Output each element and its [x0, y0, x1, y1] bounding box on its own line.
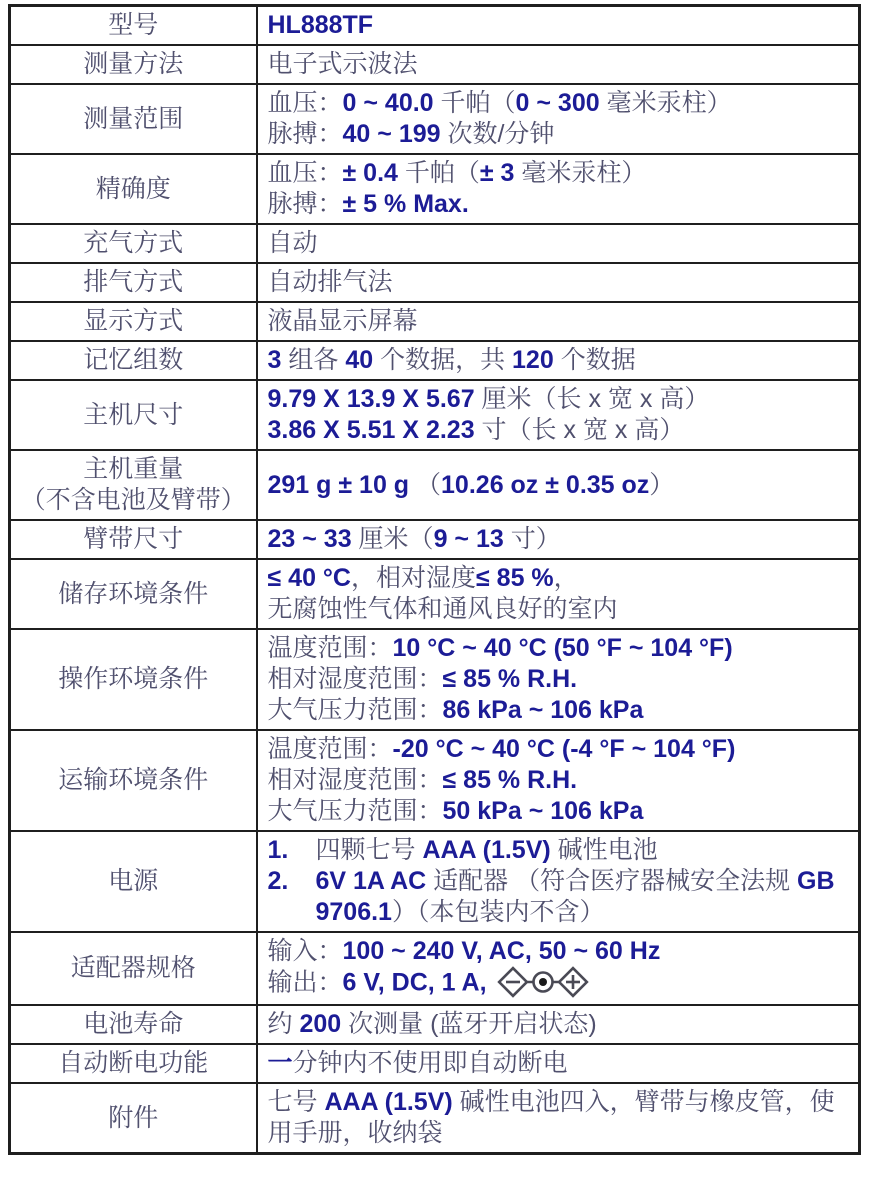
- spec-text-segment: 0 ~ 40.0: [343, 89, 434, 117]
- spec-label-cuff-size: 臂带尺寸: [10, 520, 257, 559]
- spec-text-segment: ，相对湿度: [351, 564, 476, 592]
- spec-label-text: 记忆组数: [83, 346, 183, 374]
- spec-text-segment: 千帕（: [398, 159, 480, 187]
- spec-value-line: 3.86 X 5.51 X 2.23 寸（长 x 宽 x 高）: [268, 415, 853, 446]
- spec-value-line: 输出：6 V, DC, 1 A,: [268, 967, 853, 1001]
- spec-text-segment: AAA (1.5V): [422, 836, 550, 864]
- spec-row-accuracy: 精确度血压：± 0.4 千帕（± 3 毫米汞柱）脉搏：± 5 % Max.: [10, 154, 860, 224]
- spec-row-unit-dimensions: 主机尺寸9.79 X 13.9 X 5.67 厘米（长 x 宽 x 高）3.86…: [10, 380, 860, 450]
- spec-label-text: 自动断电功能: [58, 1049, 208, 1077]
- spec-value-storage-environment: ≤ 40 °C，相对湿度≤ 85 %，无腐蚀性气体和通风良好的室内: [257, 559, 860, 629]
- spec-text-segment: 0 ~ 300: [516, 89, 600, 117]
- spec-value-line: 23 ~ 33 厘米（9 ~ 13 寸）: [268, 524, 853, 555]
- spec-value-line: 约 200 次测量 (蓝牙开启状态): [268, 1009, 853, 1040]
- spec-value-adapter-spec: 输入：100 ~ 240 V, AC, 50 ~ 60 Hz输出：6 V, DC…: [257, 932, 860, 1005]
- spec-row-transport-environment: 运输环境条件温度范围：-20 °C ~ 40 °C (-4 °F ~ 104 °…: [10, 730, 860, 831]
- spec-text-segment: 适配器 （符合医疗器械安全法规: [426, 867, 797, 895]
- list-item-marker: 1.: [268, 835, 316, 866]
- spec-sheet-page: { "colors":{ "chinese_text":"#50506e", "…: [0, 0, 869, 1200]
- spec-label-text: 电池寿命: [83, 1010, 183, 1038]
- spec-text-segment: ± 5 % Max.: [343, 190, 469, 218]
- spec-table-body: 型号HL888TF测量方法电子式示波法测量范围血压：0 ~ 40.0 千帕（0 …: [10, 6, 860, 1154]
- spec-text-segment: 200: [299, 1010, 341, 1038]
- spec-value-display: 液晶显示屏幕: [257, 302, 860, 341]
- spec-text-segment: 40: [345, 346, 373, 374]
- spec-label-unit-dimensions: 主机尺寸: [10, 380, 257, 450]
- spec-label-text: 主机尺寸: [83, 401, 183, 429]
- spec-label-accessories: 附件: [10, 1083, 257, 1154]
- spec-text-segment: 输入：: [268, 937, 343, 965]
- spec-text-segment: 10.26 oz ± 0.35 oz: [441, 471, 649, 499]
- spec-list-item: 1.四颗七号 AAA (1.5V) 碱性电池: [268, 835, 853, 866]
- spec-label-text: 电源: [108, 867, 158, 895]
- spec-text-segment: 个数据，共: [373, 346, 512, 374]
- spec-text-segment: 50 kPa ~ 106 kPa: [443, 797, 644, 825]
- spec-text-segment: 血压：: [268, 159, 343, 187]
- spec-label-memory: 记忆组数: [10, 341, 257, 380]
- spec-label-text: 适配器规格: [71, 954, 196, 982]
- spec-label-accuracy: 精确度: [10, 154, 257, 224]
- spec-value-cuff-size: 23 ~ 33 厘米（9 ~ 13 寸）: [257, 520, 860, 559]
- spec-value-measurement-range: 血压：0 ~ 40.0 千帕（0 ~ 300 毫米汞柱）脉搏：40 ~ 199 …: [257, 84, 860, 154]
- spec-text-segment: 组各: [281, 346, 345, 374]
- spec-text-segment: 无腐蚀性气体和通风良好的室内: [268, 595, 618, 623]
- spec-text-segment: 液晶显示屏幕: [268, 307, 418, 335]
- spec-row-inflation: 充气方式自动: [10, 224, 860, 263]
- spec-row-measurement-range: 测量范围血压：0 ~ 40.0 千帕（0 ~ 300 毫米汞柱）脉搏：40 ~ …: [10, 84, 860, 154]
- spec-list-item: 2.6V 1A AC 适配器 （符合医疗器械安全法规 GB 9706.1）（本包…: [268, 866, 853, 928]
- spec-label-text: 储存环境条件: [58, 580, 208, 608]
- spec-text-segment: ≤ 85 % R.H.: [443, 766, 578, 794]
- spec-text-segment: 86 kPa ~ 106 kPa: [443, 696, 644, 724]
- spec-label-storage-environment: 储存环境条件: [10, 559, 257, 629]
- spec-label-measurement-method: 测量方法: [10, 45, 257, 84]
- spec-text-segment: ± 0.4: [343, 159, 398, 187]
- spec-label-measurement-range: 测量范围: [10, 84, 257, 154]
- spec-text-segment: ≤ 85 % R.H.: [443, 665, 578, 693]
- spec-text-segment: （: [409, 471, 441, 499]
- spec-text-segment: 大气压力范围：: [268, 696, 443, 724]
- spec-value-line: 温度范围：10 °C ~ 40 °C (50 °F ~ 104 °F): [268, 633, 853, 664]
- spec-value-line: 大气压力范围：86 kPa ~ 106 kPa: [268, 695, 853, 726]
- spec-label-text: 主机重量: [83, 455, 183, 483]
- spec-text-segment: 输出：: [268, 969, 343, 997]
- spec-text-segment: 3.86 X 5.51 X 2.23: [268, 416, 475, 444]
- spec-value-accessories: 七号 AAA (1.5V) 碱性电池四入，臂带与橡皮管，使用手册，收纳袋: [257, 1083, 860, 1154]
- spec-value-line: 液晶显示屏幕: [268, 306, 853, 337]
- spec-text-segment: ≤ 85 %: [476, 564, 554, 592]
- spec-value-line: 自动: [268, 228, 853, 259]
- spec-value-line: 脉搏：± 5 % Max.: [268, 189, 853, 220]
- spec-label-text: 附件: [108, 1104, 158, 1132]
- spec-value-line: 脉搏：40 ~ 199 次数/分钟: [268, 119, 853, 150]
- spec-text-segment: 291 g ± 10 g: [268, 471, 410, 499]
- spec-label-operating-environment: 操作环境条件: [10, 629, 257, 730]
- spec-label-display: 显示方式: [10, 302, 257, 341]
- spec-label-text: （不含电池及臂带）: [21, 486, 246, 514]
- spec-text-segment: 6 V, DC, 1 A,: [343, 969, 487, 997]
- spec-text-segment: 23 ~ 33: [268, 525, 352, 553]
- spec-value-line: 一分钟内不使用即自动断电: [268, 1048, 853, 1079]
- spec-text-segment: 10 °C ~ 40 °C (50 °F ~ 104 °F): [393, 634, 733, 662]
- spec-value-line: 自动排气法: [268, 267, 853, 298]
- spec-value-line: 电子式示波法: [268, 49, 853, 80]
- spec-text-segment: 温度范围：: [268, 634, 393, 662]
- spec-text-segment: 七号: [268, 1088, 325, 1116]
- spec-label-text: 运输环境条件: [58, 766, 208, 794]
- spec-label-text: 精确度: [96, 175, 171, 203]
- spec-text-segment: 约: [268, 1010, 300, 1038]
- spec-text-segment: ≤ 40 °C: [268, 564, 351, 592]
- spec-text-segment: 电子式示波法: [268, 50, 418, 78]
- spec-text-segment: AAA (1.5V): [324, 1088, 452, 1116]
- spec-label-text: 操作环境条件: [58, 665, 208, 693]
- spec-text-segment: 厘米（长 x 宽 x 高）: [475, 385, 710, 413]
- spec-label-text: 型号: [108, 11, 158, 39]
- spec-text-segment: 毫米汞柱）: [514, 159, 646, 187]
- spec-text-segment: HL888TF: [268, 11, 374, 39]
- spec-text-segment: 毫米汞柱）: [600, 89, 732, 117]
- spec-text-segment: ，: [554, 564, 579, 592]
- spec-label-power-source: 电源: [10, 831, 257, 932]
- spec-row-auto-power-off: 自动断电功能一分钟内不使用即自动断电: [10, 1044, 860, 1083]
- dc-polarity-icon: [495, 965, 591, 999]
- spec-text-segment: 寸）: [504, 525, 561, 553]
- spec-value-power-source: 1.四颗七号 AAA (1.5V) 碱性电池2.6V 1A AC 适配器 （符合…: [257, 831, 860, 932]
- spec-text-segment: 40 ~ 199: [343, 120, 441, 148]
- spec-text-segment: 厘米（: [352, 525, 434, 553]
- spec-row-unit-weight: 主机重量（不含电池及臂带）291 g ± 10 g （10.26 oz ± 0.…: [10, 450, 860, 520]
- spec-text-segment: ）: [649, 471, 674, 499]
- spec-value-auto-power-off: 一分钟内不使用即自动断电: [257, 1044, 860, 1083]
- spec-table: 型号HL888TF测量方法电子式示波法测量范围血压：0 ~ 40.0 千帕（0 …: [8, 4, 861, 1155]
- spec-value-line: 温度范围：-20 °C ~ 40 °C (-4 °F ~ 104 °F): [268, 734, 853, 765]
- spec-text-segment: 相对湿度范围：: [268, 766, 443, 794]
- spec-text-segment: 9.79 X 13.9 X 5.67: [268, 385, 475, 413]
- list-item-content: 四颗七号 AAA (1.5V) 碱性电池: [316, 835, 853, 866]
- spec-value-line: 大气压力范围：50 kPa ~ 106 kPa: [268, 796, 853, 827]
- spec-value-line: 3 组各 40 个数据，共 120 个数据: [268, 345, 853, 376]
- spec-value-model: HL888TF: [257, 6, 860, 46]
- spec-label-text: 排气方式: [83, 268, 183, 296]
- spec-text-segment: 大气压力范围：: [268, 797, 443, 825]
- spec-value-line: 七号 AAA (1.5V) 碱性电池四入，臂带与橡皮管，使用手册，收纳袋: [268, 1087, 853, 1149]
- spec-value-line: ≤ 40 °C，相对湿度≤ 85 %，: [268, 563, 853, 594]
- spec-text-segment: 自动: [268, 229, 318, 257]
- spec-text-segment: 3: [268, 346, 282, 374]
- spec-text-segment: 千帕（: [434, 89, 516, 117]
- spec-text-segment: 相对湿度范围：: [268, 665, 443, 693]
- spec-label-text: 测量方法: [83, 50, 183, 78]
- spec-label-text: 臂带尺寸: [83, 525, 183, 553]
- spec-label-text: 显示方式: [83, 307, 183, 335]
- spec-text-segment: 6V 1A AC: [316, 867, 427, 895]
- spec-text-segment: 寸（长 x 宽 x 高）: [475, 416, 685, 444]
- spec-row-memory: 记忆组数3 组各 40 个数据，共 120 个数据: [10, 341, 860, 380]
- spec-label-transport-environment: 运输环境条件: [10, 730, 257, 831]
- spec-label-adapter-spec: 适配器规格: [10, 932, 257, 1005]
- spec-text-segment: 次测量 (蓝牙开启状态): [341, 1010, 597, 1038]
- spec-row-adapter-spec: 适配器规格输入：100 ~ 240 V, AC, 50 ~ 60 Hz输出：6 …: [10, 932, 860, 1005]
- spec-sheet: 型号HL888TF测量方法电子式示波法测量范围血压：0 ~ 40.0 千帕（0 …: [0, 0, 869, 1161]
- spec-row-power-source: 电源1.四颗七号 AAA (1.5V) 碱性电池2.6V 1A AC 适配器 （…: [10, 831, 860, 932]
- spec-value-line: 血压：± 0.4 千帕（± 3 毫米汞柱）: [268, 158, 853, 189]
- spec-value-line: HL888TF: [268, 10, 853, 41]
- list-item-content: 6V 1A AC 适配器 （符合医疗器械安全法规 GB 9706.1）（本包装内…: [316, 866, 853, 928]
- spec-value-measurement-method: 电子式示波法: [257, 45, 860, 84]
- spec-label-text: 测量范围: [83, 105, 183, 133]
- spec-value-line: 血压：0 ~ 40.0 千帕（0 ~ 300 毫米汞柱）: [268, 88, 853, 119]
- spec-row-model: 型号HL888TF: [10, 6, 860, 46]
- spec-row-storage-environment: 储存环境条件≤ 40 °C，相对湿度≤ 85 %，无腐蚀性气体和通风良好的室内: [10, 559, 860, 629]
- spec-value-line: 相对湿度范围：≤ 85 % R.H.: [268, 765, 853, 796]
- spec-row-measurement-method: 测量方法电子式示波法: [10, 45, 860, 84]
- spec-label-auto-power-off: 自动断电功能: [10, 1044, 257, 1083]
- spec-row-accessories: 附件七号 AAA (1.5V) 碱性电池四入，臂带与橡皮管，使用手册，收纳袋: [10, 1083, 860, 1154]
- list-item-marker: 2.: [268, 866, 316, 928]
- spec-label-deflation: 排气方式: [10, 263, 257, 302]
- spec-text-segment: 分钟内不使用即自动断电: [293, 1049, 568, 1077]
- spec-value-accuracy: 血压：± 0.4 千帕（± 3 毫米汞柱）脉搏：± 5 % Max.: [257, 154, 860, 224]
- spec-text-segment: 120: [512, 346, 554, 374]
- spec-text-segment: ）（本包装内不含）: [392, 898, 605, 926]
- spec-text-segment: 温度范围：: [268, 735, 393, 763]
- spec-row-cuff-size: 臂带尺寸23 ~ 33 厘米（9 ~ 13 寸）: [10, 520, 860, 559]
- spec-text-segment: 碱性电池: [551, 836, 658, 864]
- spec-row-deflation: 排气方式自动排气法: [10, 263, 860, 302]
- spec-value-memory: 3 组各 40 个数据，共 120 个数据: [257, 341, 860, 380]
- spec-row-operating-environment: 操作环境条件温度范围：10 °C ~ 40 °C (50 °F ~ 104 °F…: [10, 629, 860, 730]
- spec-text-segment: 四颗七号: [316, 836, 423, 864]
- spec-text-segment: 100 ~ 240 V, AC, 50 ~ 60 Hz: [343, 937, 661, 965]
- spec-text-segment: 次数/分钟: [441, 120, 555, 148]
- spec-value-operating-environment: 温度范围：10 °C ~ 40 °C (50 °F ~ 104 °F)相对湿度范…: [257, 629, 860, 730]
- spec-value-unit-dimensions: 9.79 X 13.9 X 5.67 厘米（长 x 宽 x 高）3.86 X 5…: [257, 380, 860, 450]
- spec-row-display: 显示方式液晶显示屏幕: [10, 302, 860, 341]
- spec-text-segment: ± 3: [480, 159, 515, 187]
- spec-value-battery-life: 约 200 次测量 (蓝牙开启状态): [257, 1005, 860, 1044]
- spec-value-transport-environment: 温度范围：-20 °C ~ 40 °C (-4 °F ~ 104 °F)相对湿度…: [257, 730, 860, 831]
- spec-label-text: 充气方式: [83, 229, 183, 257]
- spec-text-segment: 9 ~ 13: [434, 525, 504, 553]
- spec-value-unit-weight: 291 g ± 10 g （10.26 oz ± 0.35 oz）: [257, 450, 860, 520]
- spec-text-segment: -20 °C ~ 40 °C (-4 °F ~ 104 °F): [393, 735, 736, 763]
- spec-value-line: 无腐蚀性气体和通风良好的室内: [268, 594, 853, 625]
- spec-value-line: 相对湿度范围：≤ 85 % R.H.: [268, 664, 853, 695]
- spec-value-deflation: 自动排气法: [257, 263, 860, 302]
- spec-value-line: 9.79 X 13.9 X 5.67 厘米（长 x 宽 x 高）: [268, 384, 853, 415]
- spec-text-segment: 一: [268, 1049, 293, 1077]
- spec-label-unit-weight: 主机重量（不含电池及臂带）: [10, 450, 257, 520]
- spec-label-inflation: 充气方式: [10, 224, 257, 263]
- spec-value-inflation: 自动: [257, 224, 860, 263]
- spec-value-line: 291 g ± 10 g （10.26 oz ± 0.35 oz）: [268, 470, 853, 501]
- spec-label-model: 型号: [10, 6, 257, 46]
- spec-text-segment: 脉搏：: [268, 190, 343, 218]
- spec-value-line: 输入：100 ~ 240 V, AC, 50 ~ 60 Hz: [268, 936, 853, 967]
- spec-label-battery-life: 电池寿命: [10, 1005, 257, 1044]
- spec-text-segment: 个数据: [554, 346, 636, 374]
- spec-text-segment: 自动排气法: [268, 268, 393, 296]
- spec-text-segment: 血压：: [268, 89, 343, 117]
- spec-row-battery-life: 电池寿命约 200 次测量 (蓝牙开启状态): [10, 1005, 860, 1044]
- spec-text-segment: 脉搏：: [268, 120, 343, 148]
